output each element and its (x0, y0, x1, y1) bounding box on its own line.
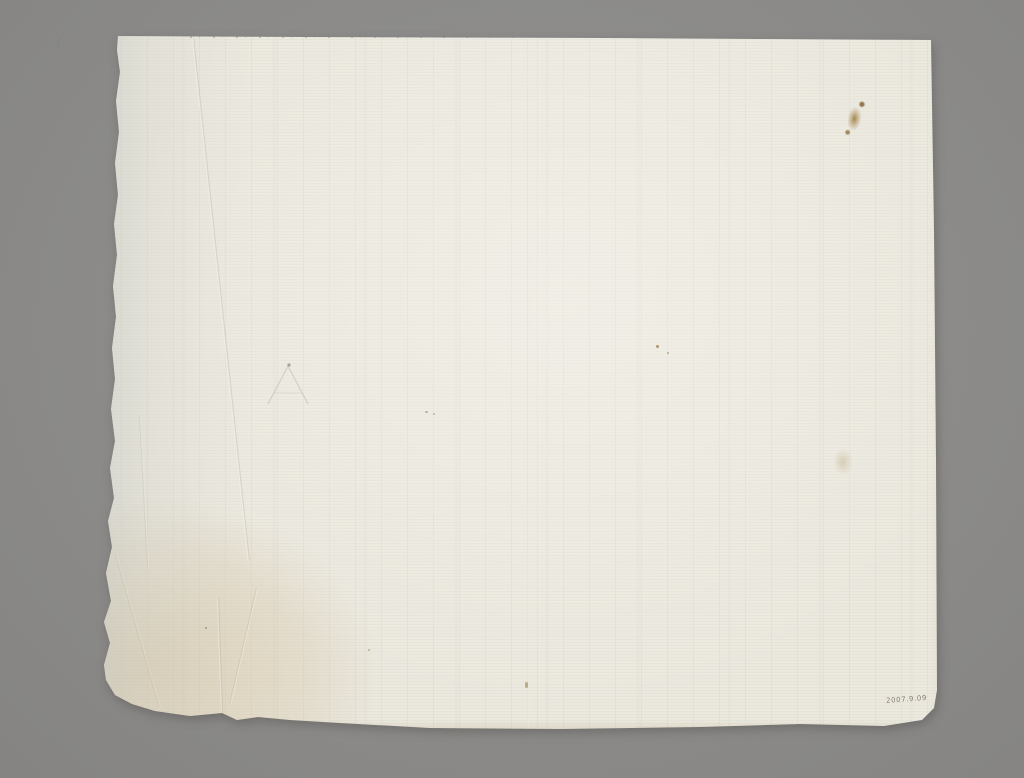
paper-sheet: 2007.9.09 (95, 30, 943, 733)
bottom-left-diagonal-crease (229, 588, 257, 703)
foxing-stain-top-right (837, 93, 875, 145)
accession-number-inscription: 2007.9.09 (886, 693, 938, 705)
foxing-speck (368, 649, 370, 651)
watermark-triangle-icon (262, 352, 314, 408)
studio-background: 2007.9.09 (0, 0, 1024, 778)
bottom-left-edge-crease (115, 554, 160, 706)
left-middle-crease (139, 415, 149, 567)
top-edge-dark-flecks (190, 35, 931, 38)
foxing-speck (656, 345, 659, 348)
bottom-left-vertical-crease (217, 598, 223, 718)
foxing-speck (205, 627, 207, 629)
foxing-speck (433, 413, 435, 415)
foxing-speck (667, 352, 669, 354)
center-fold-line (527, 40, 529, 730)
foxing-speck (425, 411, 428, 413)
faint-smudge-right (833, 448, 853, 476)
diagonal-crease (192, 38, 250, 560)
paper-sheet-wrapper: 2007.9.09 (0, 0, 1024, 778)
fold-bottom-stain (525, 682, 528, 688)
